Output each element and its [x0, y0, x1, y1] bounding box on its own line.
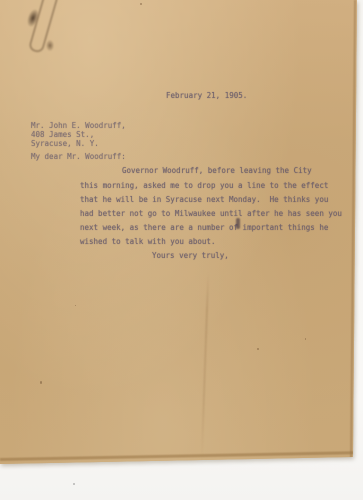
body-line: Governor Woodruff, before leaving the Ci…: [122, 167, 312, 175]
paper-speck: [75, 305, 76, 306]
ink-smudge: [236, 218, 240, 229]
body-line: next week, as there are a number of impo…: [80, 224, 328, 232]
recipient-city: Syracuse, N. Y.: [31, 140, 99, 148]
paper-right-edge: [350, 0, 356, 458]
closing-line: Yours very truly,: [152, 252, 229, 260]
paper-crease: [201, 272, 210, 460]
body-line: wished to talk with you about.: [80, 238, 215, 246]
paper-bottom-edge: [0, 451, 360, 461]
salutation: My dear Mr. Woodruff:: [31, 153, 126, 161]
paper-shadow-wrap: February 21, 1905. Mr. John E. Woodruff,…: [0, 0, 363, 500]
paper-speck: [140, 3, 142, 5]
letter-paper: February 21, 1905. Mr. John E. Woodruff,…: [0, 0, 363, 500]
body-line: had better not go to Milwaukee until aft…: [80, 210, 342, 218]
scanned-letter-page: February 21, 1905. Mr. John E. Woodruff,…: [0, 0, 363, 500]
body-line: this morning, asked me to drop you a lin…: [80, 182, 328, 190]
recipient-name: Mr. John E. Woodruff,: [31, 122, 126, 130]
background-speck: [73, 483, 75, 485]
recipient-street: 408 James St.,: [31, 131, 94, 139]
paper-speck: [257, 348, 259, 350]
body-line: that he will be in Syracuse next Monday.…: [80, 196, 328, 204]
paper-speck: [40, 381, 42, 384]
paper-speck: [305, 338, 306, 340]
letter-date: February 21, 1905.: [166, 92, 247, 100]
paperclip-tip-stain: [46, 40, 54, 51]
